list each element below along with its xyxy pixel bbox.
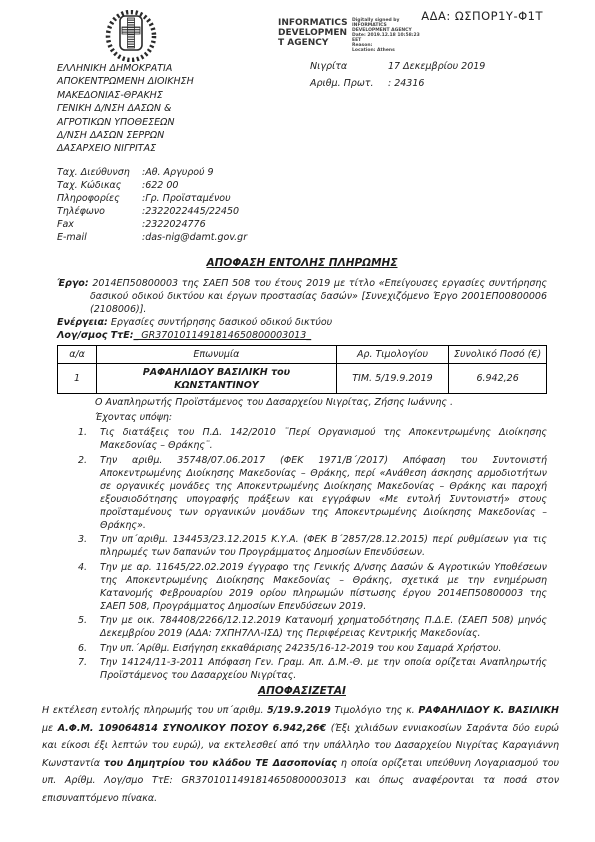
having-regard-label: Έχοντας υπόψη: <box>95 411 547 424</box>
decision-heading: ΑΠΟΦΑΣΙΖΕΤΑΙ <box>57 685 547 698</box>
consideration-item: 7.Την 14124/11-3-2011 Απόφαση Γεν. Γραμ.… <box>78 656 547 682</box>
contact-label: Τηλέφωνο <box>57 205 142 218</box>
afm-amount: Α.Φ.Μ. 109064814 ΣΥΝΟΛΙΚΟΥ ΠΟΣΟΥ 6.942,2… <box>58 723 326 734</box>
org-line: Δ/ΝΣΗ ΔΑΣΩΝ ΣΕΡΡΩΝ <box>57 129 194 142</box>
cell-amount: 6.942,26 <box>449 364 547 394</box>
org-line: ΔΑΣΑΡΧΕΙΟ ΝΙΓΡΙΤΑΣ <box>57 142 194 155</box>
table-header-row: α/α Επωνυμία Αρ. Τιμολογίου Συνολικό Ποσ… <box>58 346 547 364</box>
contact-info: Ταχ. Διεύθυνση:Αθ. Αργυρού 9 Ταχ. Κώδικα… <box>57 166 247 244</box>
item-text: Την 14124/11-3-2011 Απόφαση Γεν. Γραμ. Α… <box>100 656 547 682</box>
item-text: Την υπ΄αριθμ. 134453/23.12.2015 Κ.Υ.Α. (… <box>100 533 547 559</box>
column-header-index: α/α <box>58 346 97 364</box>
item-number: 6. <box>78 642 100 655</box>
document-title: ΑΠΟΦΑΣΗ ΕΝΤΟΛΗΣ ΠΛΗΡΩΜΗΣ <box>57 257 547 270</box>
column-header-name: Επωνυμία <box>97 346 337 364</box>
column-header-amount: Συνολικό Ποσό (€) <box>449 346 547 364</box>
contact-value: :Γρ. Προϊσταμένου <box>142 192 231 205</box>
decision-text: Τιμολόγιο της κ. <box>331 705 419 716</box>
contact-value: :2322024776 <box>142 218 206 231</box>
item-text: Την με αρ. 11645/22.02.2019 έγγραφο της … <box>100 561 547 613</box>
contact-label: Πληροφορίες <box>57 192 142 205</box>
consideration-item: 3.Την υπ΄αριθμ. 134453/23.12.2015 Κ.Υ.Α.… <box>78 533 547 559</box>
item-number: 3. <box>78 533 100 559</box>
consideration-item: 1.Τις διατάξεις του Π.Δ. 142/2010 ¨Περί … <box>78 426 547 452</box>
item-number: 7. <box>78 656 100 682</box>
project-paragraph: Έργο: 2014ΕΠ50800003 της ΣΑΕΠ 508 του έτ… <box>57 277 547 316</box>
consideration-item: 2.Την αριθμ. 35748/07.06.2017 (ΦΕΚ 1971/… <box>78 454 547 532</box>
action-label: Ενέργεια: <box>57 317 108 328</box>
protocol-label: Αριθμ. Πρωτ. <box>310 77 388 90</box>
contact-value: :2322022445/22450 <box>142 205 239 218</box>
stamp-sig-line: INFORMATICS DEVELOPMENT AGENCY <box>352 23 422 33</box>
item-number: 4. <box>78 561 100 613</box>
contact-value: :Αθ. Αργυρού 9 <box>142 166 214 179</box>
item-number: 5. <box>78 614 100 640</box>
consideration-item: 5.Την με οικ. 784408/2266/12.12.2019 Κατ… <box>78 614 547 640</box>
cell-payee-name: ΡΑΦΑΗΛΙΔΟΥ ΒΑΣΙΛΙΚΗ του ΚΩΝΣΤΑΝΤΙΝΟΥ <box>97 364 337 394</box>
org-line: ΑΠΟΚΕΝΤΡΩΜΕΝΗ ΔΙΟΙΚΗΣΗ <box>57 75 194 88</box>
item-text: Την αριθμ. 35748/07.06.2017 (ΦΕΚ 1971/Β΄… <box>100 454 547 532</box>
item-text: Τις διατάξεις του Π.Δ. 142/2010 ¨Περί Ορ… <box>100 426 547 452</box>
account-label: Λογ/σμος ΤτΕ: <box>57 330 134 341</box>
cell-invoice: ΤΙΜ. 5/19.9.2019 <box>336 364 448 394</box>
responsible-officer: του Δημητρίου του κλάδου ΤΕ Δασοπονίας <box>104 758 337 769</box>
digital-signature-stamp: INFORMATICS DEVELOPMENT AGENCY Digitally… <box>278 18 422 53</box>
greek-national-emblem-icon <box>94 10 168 66</box>
payment-table: α/α Επωνυμία Αρ. Τιμολογίου Συνολικό Ποσ… <box>57 345 547 394</box>
action-line: Ενέργεια: Εργασίες συντήρησης δασικού οδ… <box>57 316 547 329</box>
stamp-agency-name: INFORMATICS DEVELOPMENT AGENCY <box>278 18 348 53</box>
bank-account-line: Λογ/σμος ΤτΕ:_ GR37010114918146508000030… <box>57 329 547 342</box>
item-text: Την με οικ. 784408/2266/12.12.2019 Καταν… <box>100 614 547 640</box>
contact-value: :das-nig@damt.gov.gr <box>142 231 247 244</box>
issuing-organization: ΕΛΛΗΝΙΚΗ ΔΗΜΟΚΡΑΤΙΑ ΑΠΟΚΕΝΤΡΩΜΕΝΗ ΔΙΟΙΚΗ… <box>57 62 194 156</box>
officer-line: Ο Αναπληρωτής Προϊστάμενος του Δασαρχείο… <box>95 396 547 409</box>
ada-code: ΑΔΑ: ΩΣΠΟΡ1Υ-Φ1Τ <box>421 10 543 23</box>
protocol-number: : 24316 <box>388 77 424 90</box>
place-name: Νιγρίτα <box>310 60 388 73</box>
cell-index: 1 <box>58 364 97 394</box>
consideration-item: 6.Την υπ.΄Αρίθμ. Εισήγηση εκκαθάρισης 24… <box>78 642 547 655</box>
document-body: ΑΠΟΦΑΣΗ ΕΝΤΟΛΗΣ ΠΛΗΡΩΜΗΣ Έργο: 2014ΕΠ508… <box>57 257 547 808</box>
invoice-ref: 5/19.9.2019 <box>267 705 331 716</box>
decision-text: Η εκτέλεση εντολής πληρωμής του υπ΄αριθμ… <box>42 705 267 716</box>
contact-value: :622 00 <box>142 179 178 192</box>
contact-label: Fax <box>57 218 142 231</box>
contact-label: Ταχ. Κώδικας <box>57 179 142 192</box>
document-date: 17 Δεκεμβρίου 2019 <box>388 60 485 73</box>
contact-label: E-mail <box>57 231 142 244</box>
org-line: ΜΑΚΕΔΟΝΙΑΣ-ΘΡΑΚΗΣ <box>57 89 194 102</box>
table-row: 1 ΡΑΦΑΗΛΙΔΟΥ ΒΑΣΙΛΙΚΗ του ΚΩΝΣΤΑΝΤΙΝΟΥ Τ… <box>58 364 547 394</box>
action-text: Εργασίες συντήρησης δασικού οδικού δικτύ… <box>108 317 332 328</box>
payee-name: ΡΑΦΑΗΛΙΔΟΥ Κ. ΒΑΣΙΛΙΚΗ <box>418 705 559 716</box>
item-number: 2. <box>78 454 100 532</box>
date-protocol-block: Νιγρίτα 17 Δεκεμβρίου 2019 Αριθμ. Πρωτ. … <box>310 60 545 93</box>
decision-text: με <box>42 723 58 734</box>
consideration-item: 4.Την με αρ. 11645/22.02.2019 έγγραφο τη… <box>78 561 547 613</box>
item-number: 1. <box>78 426 100 452</box>
item-text: Την υπ.΄Αρίθμ. Εισήγηση εκκαθάρισης 2423… <box>100 642 547 655</box>
project-text: 2014ΕΠ50800003 της ΣΑΕΠ 508 του έτους 20… <box>89 278 547 315</box>
contact-label: Ταχ. Διεύθυνση <box>57 166 142 179</box>
org-line: ΕΛΛΗΝΙΚΗ ΔΗΜΟΚΡΑΤΙΑ <box>57 62 194 75</box>
stamp-signature-details: Digitally signed by INFORMATICS DEVELOPM… <box>352 18 422 53</box>
considerations-list: 1.Τις διατάξεις του Π.Δ. 142/2010 ¨Περί … <box>57 426 547 682</box>
iban-value: _ GR3701011491814650800003013_ <box>134 330 312 341</box>
org-line: ΑΓΡΟΤΙΚΩΝ ΥΠΟΘΕΣΕΩΝ <box>57 116 194 129</box>
column-header-invoice: Αρ. Τιμολογίου <box>336 346 448 364</box>
stamp-sig-line: Date: 2019.12.18 10:58:23 EET <box>352 33 422 43</box>
decision-paragraph: Η εκτέλεση εντολής πληρωμής του υπ΄αριθμ… <box>42 702 559 808</box>
document-page: ΑΔΑ: ΩΣΠΟΡ1Υ-Φ1Τ INFORMATICS DEVELOPMENT… <box>0 0 595 842</box>
project-label: Έργο: <box>57 278 89 289</box>
stamp-sig-line: Location: Athens <box>352 48 422 53</box>
org-line: ΓΕΝΙΚΗ Δ/ΝΣΗ ΔΑΣΩΝ & <box>57 102 194 115</box>
